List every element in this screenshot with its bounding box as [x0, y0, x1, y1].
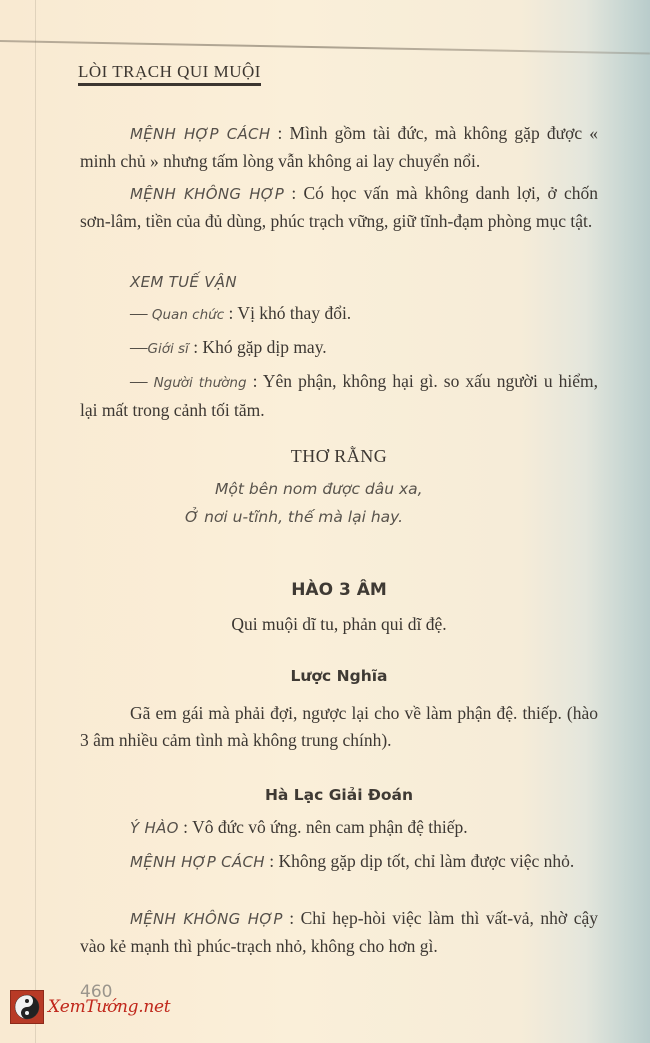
label-hao3-menh-khong-hop: MỆNH KHÔNG HỢP [130, 910, 283, 928]
paragraph-hao3-menh-khong-hop: MỆNH KHÔNG HỢP : Chỉ hẹp-hòi việc làm th… [80, 905, 598, 960]
paragraph-y-hao: Ý HÀO : Vô đức vô ứng. nên cam phận đệ t… [80, 814, 598, 842]
page-fold-line [35, 0, 36, 1043]
label-hao3-menh-hop-cach: MỆNH HỢP CÁCH [130, 853, 265, 871]
paragraph-hao3-menh-hop-cach: MỆNH HỢP CÁCH : Không gặp dịp tốt, chỉ l… [80, 848, 598, 876]
page-edge-line [0, 40, 650, 54]
text-y-hao: : Vô đức vô ứng. nên cam phận đệ thiếp. [179, 817, 468, 837]
poem-line-2: Ở nơi u-tĩnh, thế mà lại hay. [185, 508, 403, 526]
label-menh-khong-hop: MỆNH KHÔNG HỢP [130, 185, 284, 203]
xem-tue-van-text: XEM TUẾ VẬN [130, 273, 237, 291]
list-item-quan-chuc: — Quan chức : Vị khó thay đổi. [130, 300, 590, 329]
luoc-nghia-title: Lược Nghĩa [80, 667, 598, 685]
paragraph-menh-hop-cach: MỆNH HỢP CÁCH : Mình gồm tài đức, mà khô… [80, 120, 598, 175]
poem-line-1: Một bên nom được dâu xa, [215, 480, 423, 498]
ha-lac-giai-doan-title: Hà Lạc Giải Đoán [80, 786, 598, 804]
watermark-text: XemTướng.net [48, 997, 170, 1017]
running-head: LÒI TRẠCH QUI MUỘI [78, 62, 261, 86]
paragraph-menh-khong-hop: MỆNH KHÔNG HỢP : Có học vấn mà không dan… [80, 180, 598, 235]
label-y-hao: Ý HÀO [130, 819, 179, 837]
heading-xem-tue-van: XEM TUẾ VẬN [130, 268, 530, 296]
poem-title: THƠ RẰNG [80, 446, 598, 467]
label-menh-hop-cach: MỆNH HỢP CÁCH [130, 125, 270, 143]
text-gioi-si: : Khó gặp dịp may. [189, 337, 327, 357]
label-nguoi-thuong: Người thường [154, 375, 247, 391]
yin-yang-icon [10, 990, 44, 1024]
list-item-nguoi-thuong: — Người thường : Yên phận, không hại gì.… [80, 368, 598, 424]
list-item-gioi-si: —Giới sĩ : Khó gặp dịp may. [130, 334, 590, 363]
luoc-nghia-text: Gã em gái mà phải đợi, ngược lại cho về … [80, 700, 598, 754]
text-hao3-menh-hop-cach: : Không gặp dịp tốt, chỉ làm được việc n… [265, 851, 574, 871]
text-quan-chuc: : Vị khó thay đổi. [224, 303, 351, 323]
section-title-hao-3-am: HÀO 3 ÂM [80, 580, 598, 600]
watermark[interactable]: XemTướng.net [10, 990, 170, 1024]
label-quan-chuc: Quan chức [152, 307, 224, 323]
hao-3-subtitle: Qui muội dĩ tu, phản qui dĩ đệ. [80, 614, 598, 635]
label-gioi-si: Giới sĩ [148, 341, 189, 357]
